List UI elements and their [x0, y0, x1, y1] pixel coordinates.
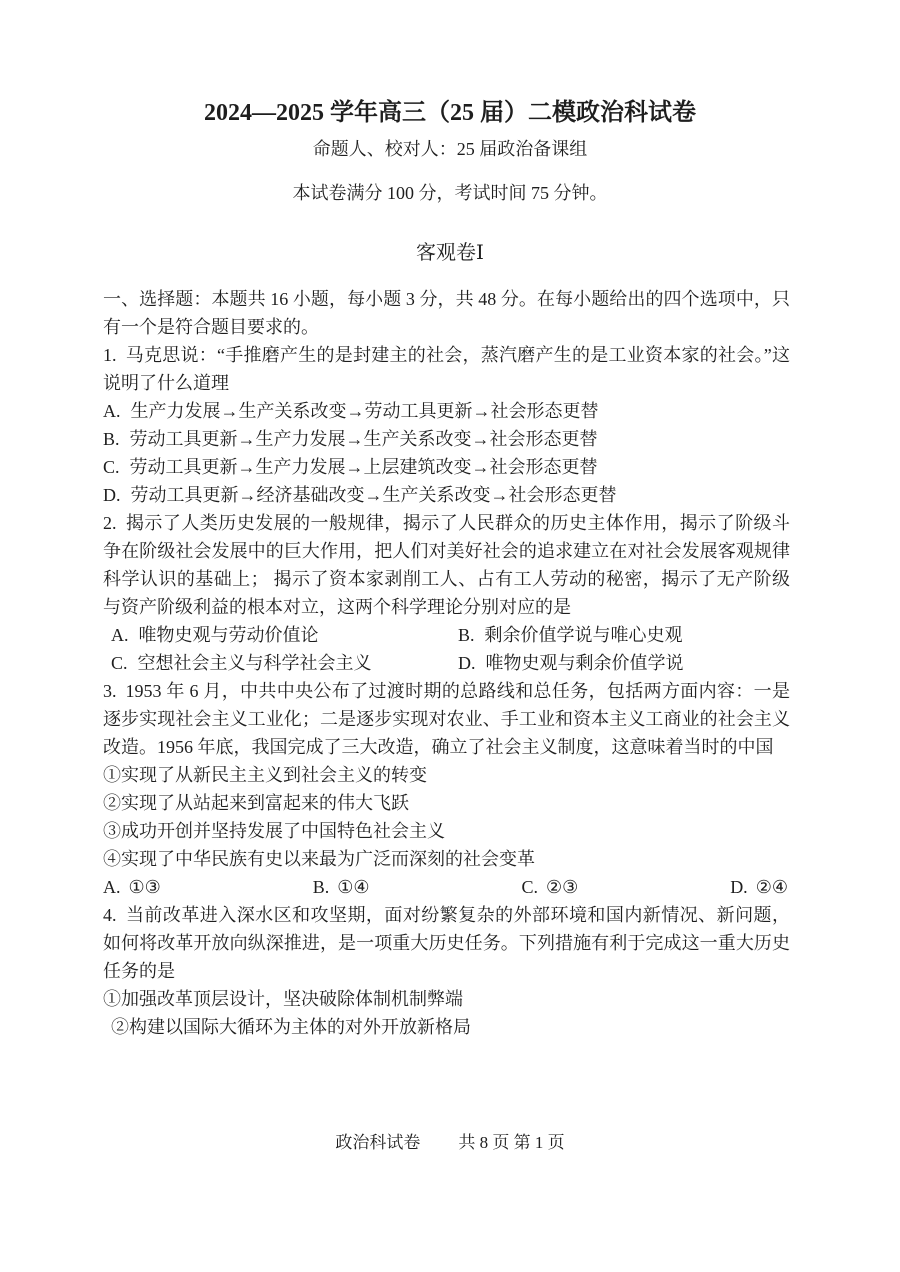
question-1-stem-line: 1.马克思说：“手推磨产生的是封建主的社会，蒸汽磨产生的是工业资本家的社会。”这…	[103, 341, 790, 397]
option-text: 劳动工具更新→经济基础改变→生产关系改变→社会形态更替	[131, 485, 617, 505]
question-1-stem: 马克思说：“手推磨产生的是封建主的社会，蒸汽磨产生的是工业资本家的社会。”这说明…	[103, 345, 790, 393]
option-label: D.	[103, 485, 121, 505]
option-text: 剩余价值学说与唯心史观	[485, 625, 683, 645]
section-title: 客观卷Ⅰ	[0, 240, 900, 266]
option-row: C.空想社会主义与科学社会主义	[111, 649, 458, 677]
option-row: B.劳动工具更新→生产力发展→生产关系改变→社会形态更替	[103, 425, 790, 453]
question-4-stem: 当前改革进入深水区和攻坚期，面对纷繁复杂的外部环境和国内新情况、新问题，如何将改…	[103, 905, 790, 981]
page-title: 2024—2025 学年高三（25 届）二模政治科试卷	[0, 97, 900, 129]
statement-line: ①加强改革顶层设计，坚决破除体制机制弊端	[103, 985, 790, 1013]
question-1: 1.马克思说：“手推磨产生的是封建主的社会，蒸汽磨产生的是工业资本家的社会。”这…	[103, 341, 790, 509]
question-3: 3.1953 年 6 月，中共中央公布了过渡时期的总路线和总任务，包括两方面内容…	[103, 677, 790, 901]
exam-page: 2024—2025 学年高三（25 届）二模政治科试卷 命题人、校对人：25 届…	[0, 0, 900, 1272]
question-4-number: 4.	[103, 905, 117, 925]
question-3-options: A.①③ B.①④ C.②③ D.②④	[103, 873, 790, 901]
option-row: B.①④	[313, 873, 370, 901]
option-row: D.唯物史观与剩余价值学说	[458, 649, 790, 677]
option-row: A.生产力发展→生产关系改变→劳动工具更新→社会形态更替	[103, 397, 790, 425]
option-text: 劳动工具更新→生产力发展→生产关系改变→社会形态更替	[130, 429, 598, 449]
option-label: C.	[111, 653, 128, 673]
statement-line: ③成功开创并坚持发展了中国特色社会主义	[103, 817, 790, 845]
question-1-number: 1.	[103, 345, 117, 365]
question-4: 4.当前改革进入深水区和攻坚期，面对纷繁复杂的外部环境和国内新情况、新问题，如何…	[103, 901, 790, 1041]
authors-line: 命题人、校对人：25 届政治备课组	[0, 137, 900, 162]
option-label: B.	[458, 625, 475, 645]
question-3-stem: 1953 年 6 月，中共中央公布了过渡时期的总路线和总任务，包括两方面内容：一…	[103, 681, 790, 757]
question-3-number: 3.	[103, 681, 117, 701]
option-label: D.	[458, 653, 476, 673]
question-3-stem-line: 3.1953 年 6 月，中共中央公布了过渡时期的总路线和总任务，包括两方面内容…	[103, 677, 790, 761]
option-row: D.劳动工具更新→经济基础改变→生产关系改变→社会形态更替	[103, 481, 790, 509]
page-footer: 政治科试卷 共 8 页 第 1 页	[0, 1131, 900, 1155]
question-2-stem: 揭示了人类历史发展的一般规律，揭示了人民群众的历史主体作用，揭示了阶级斗争在阶级…	[103, 513, 790, 617]
option-label: A.	[111, 625, 129, 645]
question-1-options: A.生产力发展→生产关系改变→劳动工具更新→社会形态更替 B.劳动工具更新→生产…	[103, 397, 790, 509]
option-text: ②③	[546, 877, 578, 897]
option-row: D.②④	[730, 873, 788, 901]
option-label: B.	[103, 429, 120, 449]
exam-body: 一、选择题：本题共 16 小题，每小题 3 分，共 48 分。在每小题给出的四个…	[103, 285, 790, 1041]
option-text: 空想社会主义与科学社会主义	[138, 653, 372, 673]
option-text: 唯物史观与劳动价值论	[139, 625, 319, 645]
question-2-stem-line: 2.揭示了人类历史发展的一般规律，揭示了人民群众的历史主体作用，揭示了阶级斗争在…	[103, 509, 790, 621]
option-row: A.①③	[103, 873, 161, 901]
footer-page-info: 共 8 页 第 1 页	[458, 1131, 564, 1155]
exam-header: 2024—2025 学年高三（25 届）二模政治科试卷 命题人、校对人：25 届…	[0, 97, 900, 266]
option-row: C.②③	[521, 873, 578, 901]
statement-line: ②构建以国际大循环为主体的对外开放新格局	[103, 1013, 790, 1041]
option-row: A.唯物史观与劳动价值论	[111, 621, 458, 649]
option-text: ①③	[129, 877, 161, 897]
question-2-options: A.唯物史观与劳动价值论 B.剩余价值学说与唯心史观 C.空想社会主义与科学社会…	[103, 621, 790, 677]
option-text: 唯物史观与剩余价值学说	[486, 653, 684, 673]
footer-doc-name: 政治科试卷	[335, 1131, 420, 1155]
exam-info-line: 本试卷满分 100 分，考试时间 75 分钟。	[0, 181, 900, 206]
option-label: A.	[103, 401, 121, 421]
option-text: ②④	[756, 877, 788, 897]
question-2-number: 2.	[103, 513, 117, 533]
option-label: D.	[730, 877, 748, 897]
statement-line: ①实现了从新民主主义到社会主义的转变	[103, 761, 790, 789]
option-label: B.	[313, 877, 330, 897]
option-text: 生产力发展→生产关系改变→劳动工具更新→社会形态更替	[131, 401, 599, 421]
option-row: B.剩余价值学说与唯心史观	[458, 621, 790, 649]
option-label: C.	[103, 457, 120, 477]
option-text: 劳动工具更新→生产力发展→上层建筑改变→社会形态更替	[130, 457, 598, 477]
question-2: 2.揭示了人类历史发展的一般规律，揭示了人民群众的历史主体作用，揭示了阶级斗争在…	[103, 509, 790, 677]
option-text: ①④	[337, 877, 369, 897]
statement-line: ②实现了从站起来到富起来的伟大飞跃	[103, 789, 790, 817]
statement-line: ④实现了中华民族有史以来最为广泛而深刻的社会变革	[103, 845, 790, 873]
question-4-stem-line: 4.当前改革进入深水区和攻坚期，面对纷繁复杂的外部环境和国内新情况、新问题，如何…	[103, 901, 790, 985]
option-row: C.劳动工具更新→生产力发展→上层建筑改变→社会形态更替	[103, 453, 790, 481]
instructions: 一、选择题：本题共 16 小题，每小题 3 分，共 48 分。在每小题给出的四个…	[103, 285, 790, 341]
option-label: C.	[521, 877, 538, 897]
option-label: A.	[103, 877, 121, 897]
